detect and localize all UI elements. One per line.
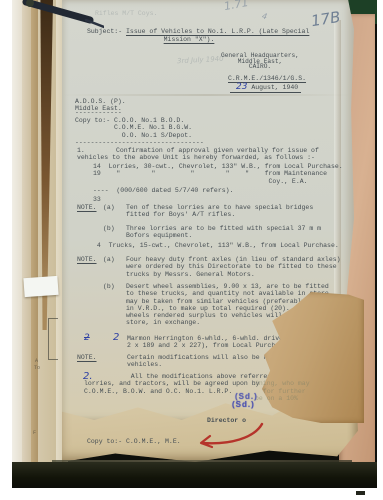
marmon-item: Marmon Herrington 6-whld., 6-whld. drive… — [127, 335, 291, 350]
date-line: 23 August, 1940 — [230, 84, 301, 93]
backdrop-bottom — [12, 462, 377, 488]
printed-corner-bracket — [48, 318, 58, 360]
note-label-3: NOTE. — [77, 354, 97, 361]
subject-text: Issue of Vehicles to No.1. L.R.P. (Late … — [126, 28, 309, 35]
lorries-total: 33 — [93, 196, 101, 203]
page-edge-fragment: F — [33, 430, 36, 436]
photo-area: Rifles M/T Coys. 3rd July 1940 A To F 1.… — [12, 0, 377, 488]
page-edge-fragment: A — [35, 358, 38, 364]
lorries-total-rule: ---- (000/600 dated 5/7/40 refers). — [93, 187, 233, 194]
note-3-text: Certain modifications will also be reqve… — [127, 354, 275, 369]
note-label-2: NOTE. — [77, 256, 97, 263]
lorries-item: 14 Lorries, 30-cwt., Chevrolet, 133" W.B… — [93, 163, 343, 185]
rule-short: ------------ — [75, 109, 122, 116]
subject-line-2: Mission "X"). — [134, 36, 244, 43]
white-paper-slip — [23, 276, 58, 297]
date-rest: August, 1940 — [247, 84, 298, 91]
ghost-text-on-patch: ining, who may for furtherbe on a 10% — [255, 380, 310, 403]
note-1a-tag: (a) — [103, 204, 115, 211]
date-day-handwritten: 23 — [236, 82, 247, 92]
item-2-number-handwritten: 2 — [113, 332, 119, 343]
note-1a-text: Ten of these lorries are to have special… — [126, 204, 313, 219]
border-mark — [356, 491, 365, 495]
document-photo-screenshot: Rifles M/T Coys. 3rd July 1940 A To F 1.… — [0, 0, 383, 500]
paper-crease — [62, 94, 352, 96]
paragraph-1: 1. Confirmation of approval given verbal… — [77, 147, 319, 162]
note-label-1: NOTE. — [77, 204, 97, 211]
note-2b-tag: (b) — [103, 283, 115, 290]
subject-line: Subject:- Issue of Vehicles to No.1. L.R… — [87, 28, 309, 35]
rule-long: --------------------------------- — [75, 139, 204, 146]
note-1b-tag: (b) — [103, 225, 115, 232]
binding-cord — [20, 0, 104, 30]
red-arrow-annotation — [162, 412, 272, 457]
trucks-item: 4 Trucks, 15-cwt., Chevrolet, 113" W.B.,… — [93, 242, 339, 249]
note-2a-text: Four heavy duty front axles (in lieu of … — [126, 256, 341, 278]
note-2a-tag: (a) — [103, 256, 115, 263]
letterhead-address: General Headquarters,Middle East,CAIRO. — [209, 53, 311, 70]
struck-item-number: 2 — [84, 333, 90, 343]
note-1b-text: Three lorries are to be fitted with spec… — [126, 225, 321, 240]
copy-to-block: Copy to:- C.O.O. No.1 B.O.D. C.O.M.E. No… — [75, 117, 192, 139]
ghost-text-line: Rifles M/T Coys. — [95, 10, 157, 17]
page-edge-fragment: To — [34, 365, 40, 371]
signed-stamp-2: (Sd.) — [232, 400, 255, 409]
